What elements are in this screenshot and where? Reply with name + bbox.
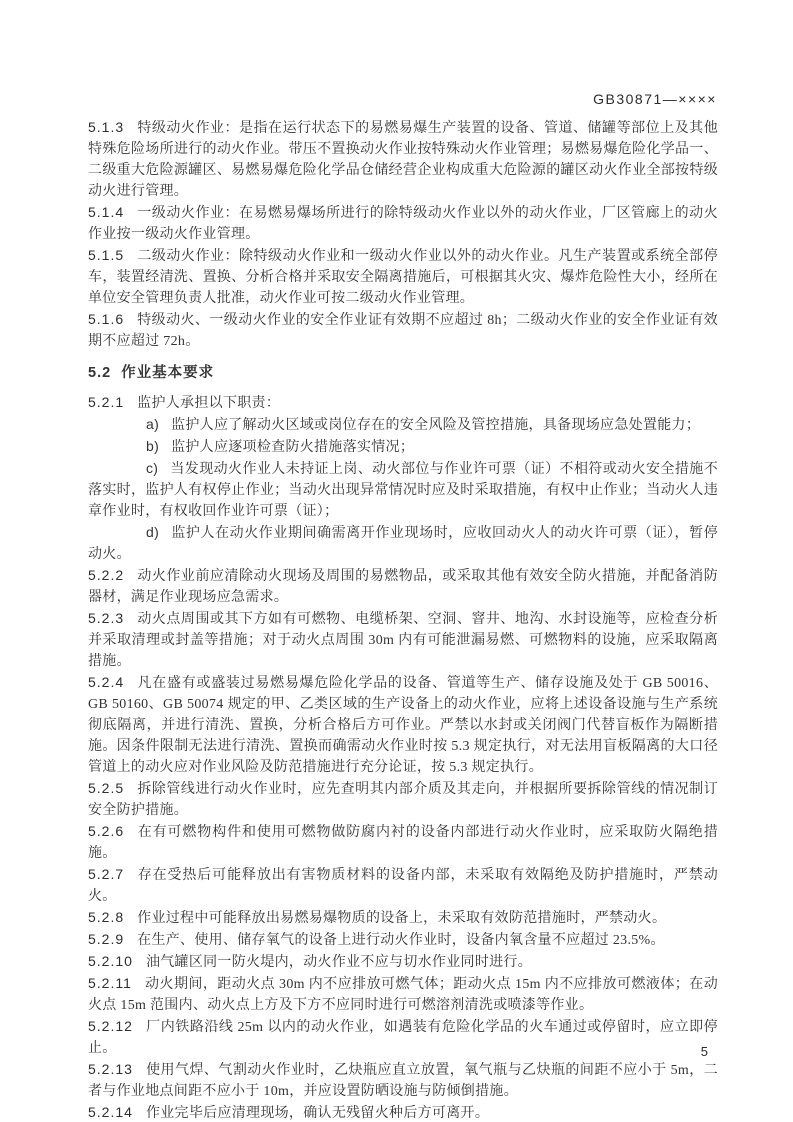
clause-number: 5.2.1 [88, 394, 124, 410]
clause-5-2-6: 5.2.6在有可燃物构件和使用可燃物做防腐内衬的设备内部进行动火作业时，应采取防… [88, 821, 718, 864]
clause-5-2-4: 5.2.4凡在盛有或盛装过易燃易爆危险化学品的设备、管道等生产、储存设施及处于 … [88, 672, 718, 778]
document-page: GB30871—×××× 5.1.3特级动火作业：是指在运行状态下的易燃易爆生产… [0, 0, 793, 1122]
clause-text: 拆除管线进行动火作业时，应先查明其内部介质及其走向，并根据所要拆除管线的情况制订… [88, 782, 718, 818]
clause-text: 在有可燃物构件和使用可燃物做防腐内衬的设备内部进行动火作业时，应采取防火隔绝措施… [88, 825, 718, 861]
clause-text: 在生产、使用、储存氧气的设备上进行动火作业时，设备内氧含量不应超过 23.5%。 [137, 933, 665, 948]
clause-number: 5.2.14 [88, 1104, 133, 1120]
clause-5-2-8: 5.2.8作业过程中可能释放出易燃易爆物质的设备上，未采取有效防范措施时，严禁动… [88, 907, 718, 929]
clause-text: 油气罐区同一防火堤内，动火作业不应与切水作业同时进行。 [146, 955, 532, 970]
clause-number: 5.1.4 [88, 204, 124, 220]
item-label: b) [146, 438, 159, 454]
clause-5-2-12: 5.2.12厂内铁路沿线 25m 以内的动火作业，如遇装有危险化学品的火车通过或… [88, 1016, 718, 1059]
clause-5-2-13: 5.2.13使用气焊、气割动火作业时，乙炔瓶应直立放置，氧气瓶与乙炔瓶的间距不应… [88, 1059, 718, 1102]
document-body: 5.1.3特级动火作业：是指在运行状态下的易燃易爆生产装置的设备、管道、储罐等部… [88, 117, 718, 1122]
clause-text: 作业过程中可能释放出易燃易爆物质的设备上，未采取有效防范措施时，严禁动火。 [137, 911, 666, 926]
section-number: 5.2 [88, 365, 111, 381]
clause-text: 特级动火作业：是指在运行状态下的易燃易爆生产装置的设备、管道、储罐等部位上及其他… [88, 121, 718, 199]
clause-text: 使用气焊、气割动火作业时，乙炔瓶应直立放置，氧气瓶与乙炔瓶的间距不应小于 5m，… [88, 1063, 718, 1099]
clause-text: 作业完毕后应清理现场，确认无残留火种后方可离开。 [146, 1106, 489, 1121]
clause-text: 特级动火、一级动火作业的安全作业证有效期不应超过 8h；二级动火作业的安全作业证… [88, 313, 718, 349]
clause-number: 5.1.6 [88, 311, 124, 327]
clause-5-1-5: 5.1.5二级动火作业：除特级动火作业和一级动火作业以外的动火作业。凡生产装置或… [88, 245, 718, 309]
clause-5-2-9: 5.2.9在生产、使用、储存氧气的设备上进行动火作业时，设备内氧含量不应超过 2… [88, 929, 718, 951]
item-text: 监护人应逐项检查防火措施落实情况； [171, 440, 414, 455]
clause-5-2-7: 5.2.7存在受热后可能释放出有害物质材料的设备内部，未采取有效隔绝及防护措施时… [88, 864, 718, 907]
clause-number: 5.2.6 [88, 823, 124, 839]
clause-number: 5.2.2 [88, 567, 124, 583]
clause-number: 5.2.4 [88, 674, 124, 690]
clause-number: 5.2.10 [88, 953, 133, 969]
clause-text: 厂内铁路沿线 25m 以内的动火作业，如遇装有危险化学品的火车通过或停留时，应立… [88, 1020, 718, 1056]
clause-number: 5.2.11 [88, 975, 132, 991]
clause-text: 存在受热后可能释放出有害物质材料的设备内部，未采取有效隔绝及防护措施时，严禁动火… [88, 868, 718, 904]
clause-5-1-4: 5.1.4一级动火作业：在易燃易爆场所进行的除特级动火作业以外的动火作业，厂区管… [88, 202, 718, 245]
duty-item-c: c)当发现动火作业人未持证上岗、动火部位与作业许可票（证）不相符或动火安全措施不… [88, 458, 718, 522]
clause-5-2-10: 5.2.10油气罐区同一防火堤内，动火作业不应与切水作业同时进行。 [88, 951, 718, 973]
item-label: c) [146, 460, 158, 476]
clause-text: 监护人承担以下职责： [137, 396, 280, 411]
item-text: 当发现动火作业人未持证上岗、动火部位与作业许可票（证）不相符或动火安全措施不落实… [88, 462, 718, 519]
clause-5-1-3: 5.1.3特级动火作业：是指在运行状态下的易燃易爆生产装置的设备、管道、储罐等部… [88, 117, 718, 202]
clause-text: 凡在盛有或盛装过易燃易爆危险化学品的设备、管道等生产、储存设施及处于 GB 50… [88, 676, 718, 775]
item-label: a) [146, 416, 159, 432]
page-number: 5 [701, 1044, 708, 1059]
clause-text: 动火作业前应清除动火现场及周围的易燃物品，或采取其他有效安全防火措施，并配备消防… [88, 569, 718, 605]
section-title: 作业基本要求 [121, 365, 214, 381]
clause-number: 5.2.3 [88, 610, 124, 626]
duty-item-b: b)监护人应逐项检查防火措施落实情况； [88, 436, 718, 458]
clause-5-2-14: 5.2.14作业完毕后应清理现场，确认无残留火种后方可离开。 [88, 1102, 718, 1122]
standard-code-header: GB30871—×××× [593, 91, 717, 107]
item-text: 监护人在动火作业期间确需离开作业现场时，应收回动火人的动火许可票（证），暂停动火… [88, 526, 718, 562]
duty-item-d: d)监护人在动火作业期间确需离开作业现场时，应收回动火人的动火许可票（证），暂停… [88, 522, 718, 565]
item-text: 监护人应了解动火区域或岗位存在的安全风险及管控措施，具备现场应急处置能力； [171, 418, 700, 433]
section-heading-5-2: 5.2作业基本要求 [88, 363, 718, 384]
clause-number: 5.2.13 [88, 1061, 133, 1077]
item-label: d) [146, 524, 159, 540]
clause-number: 5.1.3 [88, 119, 124, 135]
clause-number: 5.2.5 [88, 780, 124, 796]
clause-number: 5.2.12 [88, 1018, 133, 1034]
clause-5-2-5: 5.2.5拆除管线进行动火作业时，应先查明其内部介质及其走向，并根据所要拆除管线… [88, 778, 718, 821]
clause-text: 一级动火作业：在易燃易爆场所进行的除特级动火作业以外的动火作业，厂区管廊上的动火… [88, 206, 718, 242]
clause-5-2-11: 5.2.11动火期间，距动火点 30m 内不应排放可燃气体；距动火点 15m 内… [88, 973, 718, 1016]
clause-number: 5.2.8 [88, 909, 124, 925]
clause-text: 动火点周围或其下方如有可燃物、电缆桥架、空洞、窨井、地沟、水封设施等，应检查分析… [88, 612, 718, 669]
clause-5-2-2: 5.2.2动火作业前应清除动火现场及周围的易燃物品，或采取其他有效安全防火措施，… [88, 565, 718, 608]
clause-text: 动火期间，距动火点 30m 内不应排放可燃气体；距动火点 15m 内不应排放可燃… [88, 977, 718, 1013]
clause-number: 5.1.5 [88, 247, 124, 263]
clause-5-2-1: 5.2.1监护人承担以下职责： [88, 392, 718, 414]
clause-5-1-6: 5.1.6特级动火、一级动火作业的安全作业证有效期不应超过 8h；二级动火作业的… [88, 309, 718, 352]
clause-text: 二级动火作业：除特级动火作业和一级动火作业以外的动火作业。凡生产装置或系统全部停… [88, 249, 718, 306]
duty-item-a: a)监护人应了解动火区域或岗位存在的安全风险及管控措施，具备现场应急处置能力； [88, 414, 718, 436]
clause-number: 5.2.9 [88, 931, 124, 947]
clause-5-2-3: 5.2.3动火点周围或其下方如有可燃物、电缆桥架、空洞、窨井、地沟、水封设施等，… [88, 608, 718, 672]
clause-number: 5.2.7 [88, 866, 124, 882]
